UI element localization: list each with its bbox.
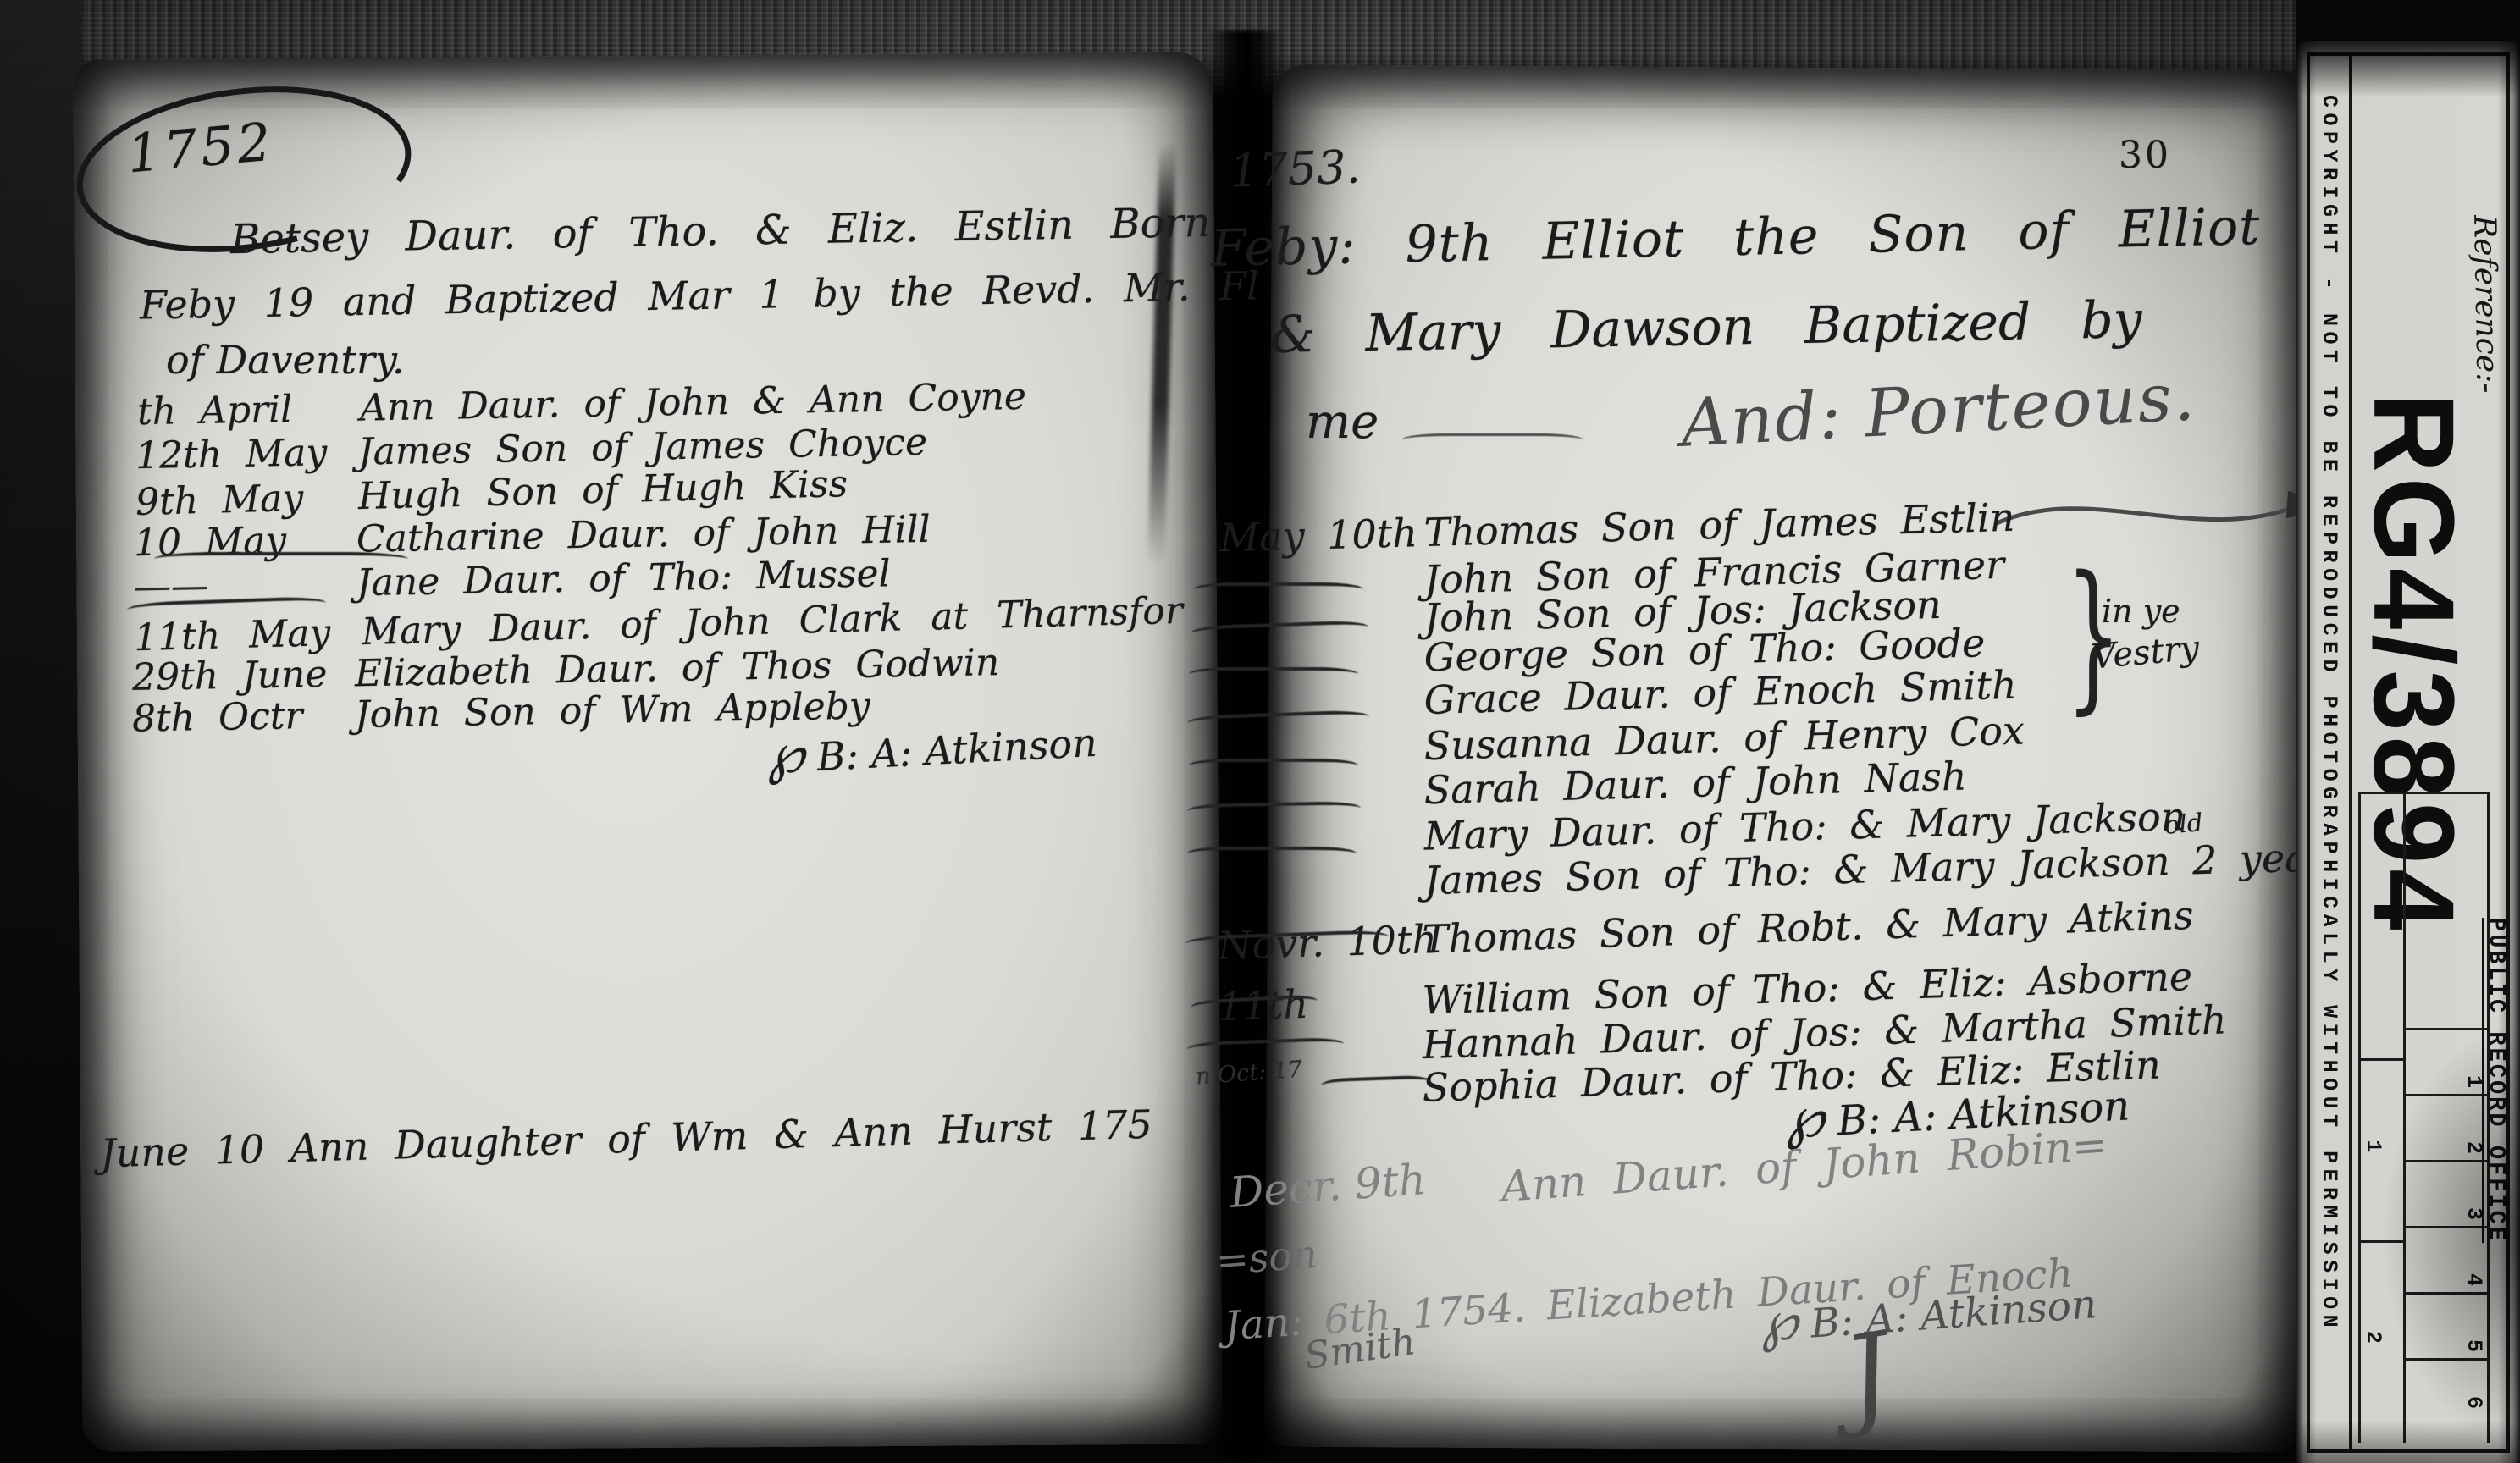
entry-date: 12th May bbox=[135, 431, 335, 478]
grid-cell: 2 bbox=[2406, 1096, 2487, 1162]
grid-number: 6 bbox=[2462, 1396, 2486, 1409]
reference-card-face: Reference:- RG4/3894 PUBLIC RECORD OFFIC… bbox=[2296, 41, 2520, 1463]
year-heading-1753: 1753. bbox=[1229, 140, 1362, 197]
signature-swash bbox=[1990, 474, 2346, 559]
margin-dash bbox=[1194, 582, 1363, 596]
page-number: 30 bbox=[2119, 134, 2171, 177]
grid-number: 2 bbox=[2361, 1331, 2385, 1344]
entry-superscript-old: old bbox=[2164, 808, 2204, 840]
right-intro-line: me bbox=[1306, 395, 1379, 450]
counter-grid-row: 1 2 3 4 5 6 bbox=[2403, 794, 2490, 1443]
reference-label: Reference:- bbox=[2467, 215, 2505, 394]
microfilm-frame: 1752 Betsey Daur. of Tho. & Eliz. Estlin… bbox=[0, 0, 2520, 1463]
grid-cell: 2 bbox=[2361, 1243, 2406, 1443]
grid-number: 5 bbox=[2462, 1339, 2486, 1352]
grid-cell: 1 bbox=[2406, 1030, 2487, 1096]
margin-dash bbox=[1189, 667, 1358, 681]
faint-entry-continuation: =son bbox=[1214, 1231, 1318, 1284]
signature-paraph: ℘ bbox=[765, 722, 805, 787]
margin-dash bbox=[1187, 847, 1357, 860]
grid-number: 2 bbox=[2462, 1141, 2486, 1154]
grid-cell: 6 bbox=[2406, 1361, 2487, 1443]
grid-cell: 4 bbox=[2406, 1228, 2487, 1295]
entry-date: May 10th bbox=[1219, 511, 1401, 561]
signature-paraph: ℘ bbox=[1758, 1289, 1800, 1355]
entry-date: 29th June bbox=[132, 653, 332, 699]
entry-date bbox=[1219, 1102, 1401, 1108]
signature-name: B: A: Atkinson bbox=[815, 720, 1098, 780]
counter-grid-row: 1 2 bbox=[2361, 794, 2406, 1443]
vestry-note-line: in ye bbox=[2102, 593, 2180, 630]
grid-number: 1 bbox=[2361, 1140, 2385, 1152]
grid-cell: 1 bbox=[2361, 1061, 2406, 1243]
margin-dash bbox=[154, 552, 408, 566]
entry-date: th April bbox=[137, 387, 337, 433]
grid-cell-empty bbox=[2406, 794, 2487, 1030]
frame-counter-grid: 1 2 3 4 5 6 bbox=[2358, 792, 2490, 1443]
me-dash bbox=[1401, 433, 1583, 446]
entry-date: 8th Octr bbox=[132, 694, 332, 741]
grid-cell: 3 bbox=[2406, 1162, 2487, 1228]
reference-card: Reference:- RG4/3894 PUBLIC RECORD OFFIC… bbox=[2296, 41, 2520, 1463]
copyright-notice: COPYRIGHT - NOT TO BE REPRODUCED PHOTOGR… bbox=[2310, 56, 2352, 1449]
reference-card-frame: Reference:- RG4/3894 PUBLIC RECORD OFFIC… bbox=[2307, 52, 2510, 1453]
left-intro-line: of Daventry. bbox=[166, 337, 404, 383]
entry-date: 9th May bbox=[135, 476, 334, 524]
entry-date bbox=[1220, 895, 1402, 900]
grid-cell: 5 bbox=[2406, 1295, 2487, 1361]
grid-number: 1 bbox=[2462, 1075, 2486, 1088]
grid-number: 4 bbox=[2462, 1273, 2486, 1286]
margin-dash bbox=[1189, 759, 1358, 772]
grid-cell-empty bbox=[2361, 794, 2406, 1061]
grid-number: 3 bbox=[2462, 1207, 2486, 1220]
